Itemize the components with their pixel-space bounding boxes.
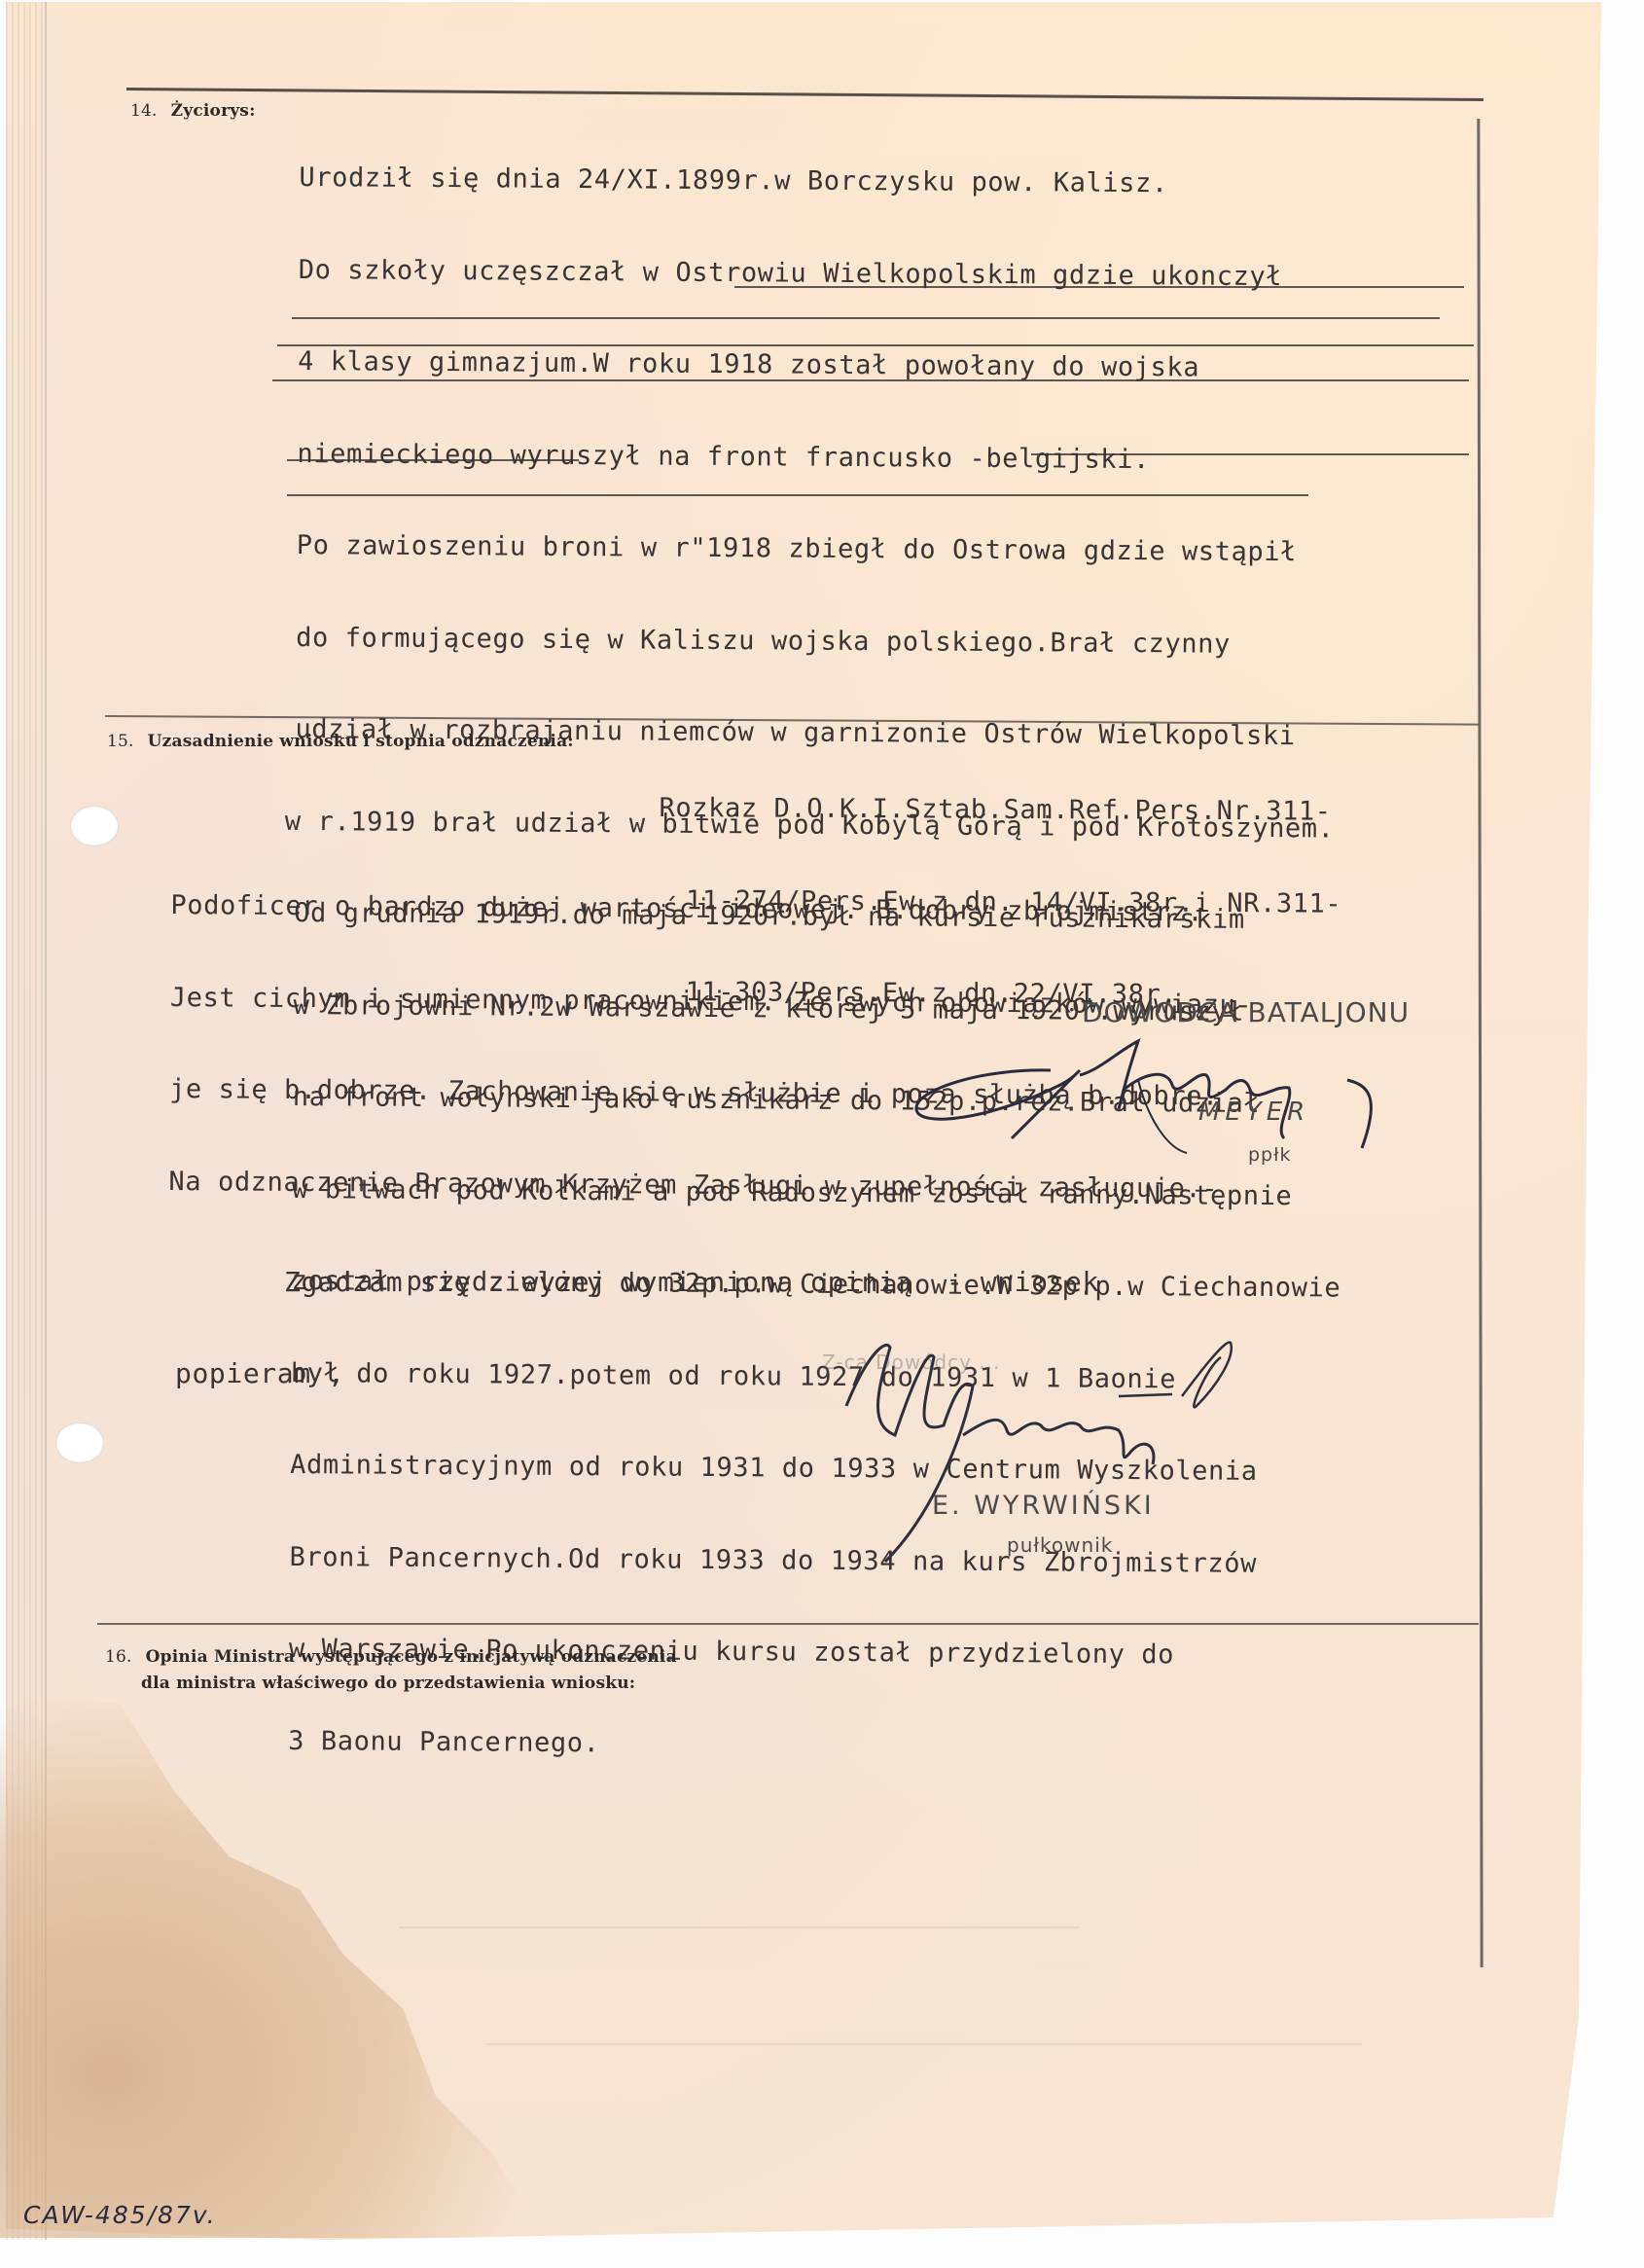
commander-rank-stamp: ppłk — [1248, 1144, 1292, 1166]
biography-line: do formującego się w Kaliszu wojska pols… — [296, 622, 1345, 660]
opinion-line: Na odznaczenie Brązowym Krzyżem Zasługi … — [168, 1166, 1251, 1204]
section14-title: Życiorys: — [171, 101, 256, 121]
archive-reference: CAW-485/87v. — [23, 2201, 217, 2229]
order-line: Rozkaz D.O.K.I.Sztab.Sam.Ref.Pers.Nr.311… — [660, 793, 1342, 827]
biography-line: 3 Baonu Pancernego. — [288, 1725, 1338, 1763]
underline — [287, 459, 579, 461]
section14-number: 14. — [130, 101, 158, 121]
opinion-line: Podoficer o bardzo dużej wartości ideowe… — [170, 890, 1253, 928]
section16-title-line: Opinia Ministra występującego z inicjaty… — [146, 1647, 677, 1667]
punch-hole-top — [70, 806, 119, 846]
endorsement-line: Zgadzam się z wyżej wymienioną opinią - … — [284, 1267, 1099, 1298]
punch-hole-bottom — [55, 1422, 104, 1463]
section15-label: 15.Uzasadnienie wniosku i stopnia odznac… — [107, 732, 574, 751]
underline — [292, 317, 1440, 319]
underline — [734, 286, 1464, 288]
section16-label: 16.Opinia Ministra występującego z inicj… — [105, 1644, 677, 1697]
commander-name-stamp: MEYER — [1198, 1098, 1309, 1127]
section15-number: 15. — [107, 732, 134, 751]
underline — [272, 379, 1469, 381]
section15-title: Uzasadnienie wniosku i stopnia odznaczen… — [148, 732, 574, 751]
biography-line: niemieckiego wyruszył na front francusko… — [297, 438, 1346, 476]
section16-number: 16. — [105, 1647, 132, 1667]
underline — [287, 494, 1308, 496]
bleed-through-line — [399, 1926, 1080, 1928]
commander-title-stamp: DOWODCA BATALJONU — [1082, 996, 1410, 1028]
underline — [1031, 453, 1469, 455]
section16-title-line: dla ministra właściwego do przedstawieni… — [141, 1671, 677, 1697]
underline — [277, 344, 1474, 346]
bleed-through-line — [486, 2043, 1362, 2045]
colonel-rank-stamp: pułkownik — [1007, 1533, 1113, 1557]
colonel-name-stamp: E. WYRWIŃSKI — [932, 1491, 1155, 1521]
commander-signature — [905, 1031, 1449, 1158]
biography-line: Urodził się dnia 24/XI.1899r.w Borczysku… — [299, 162, 1348, 200]
biography-line: Po zawioszeniu broni w r"1918 zbiegł do … — [297, 530, 1346, 568]
section14-label: 14.Życiorys: — [130, 101, 256, 121]
